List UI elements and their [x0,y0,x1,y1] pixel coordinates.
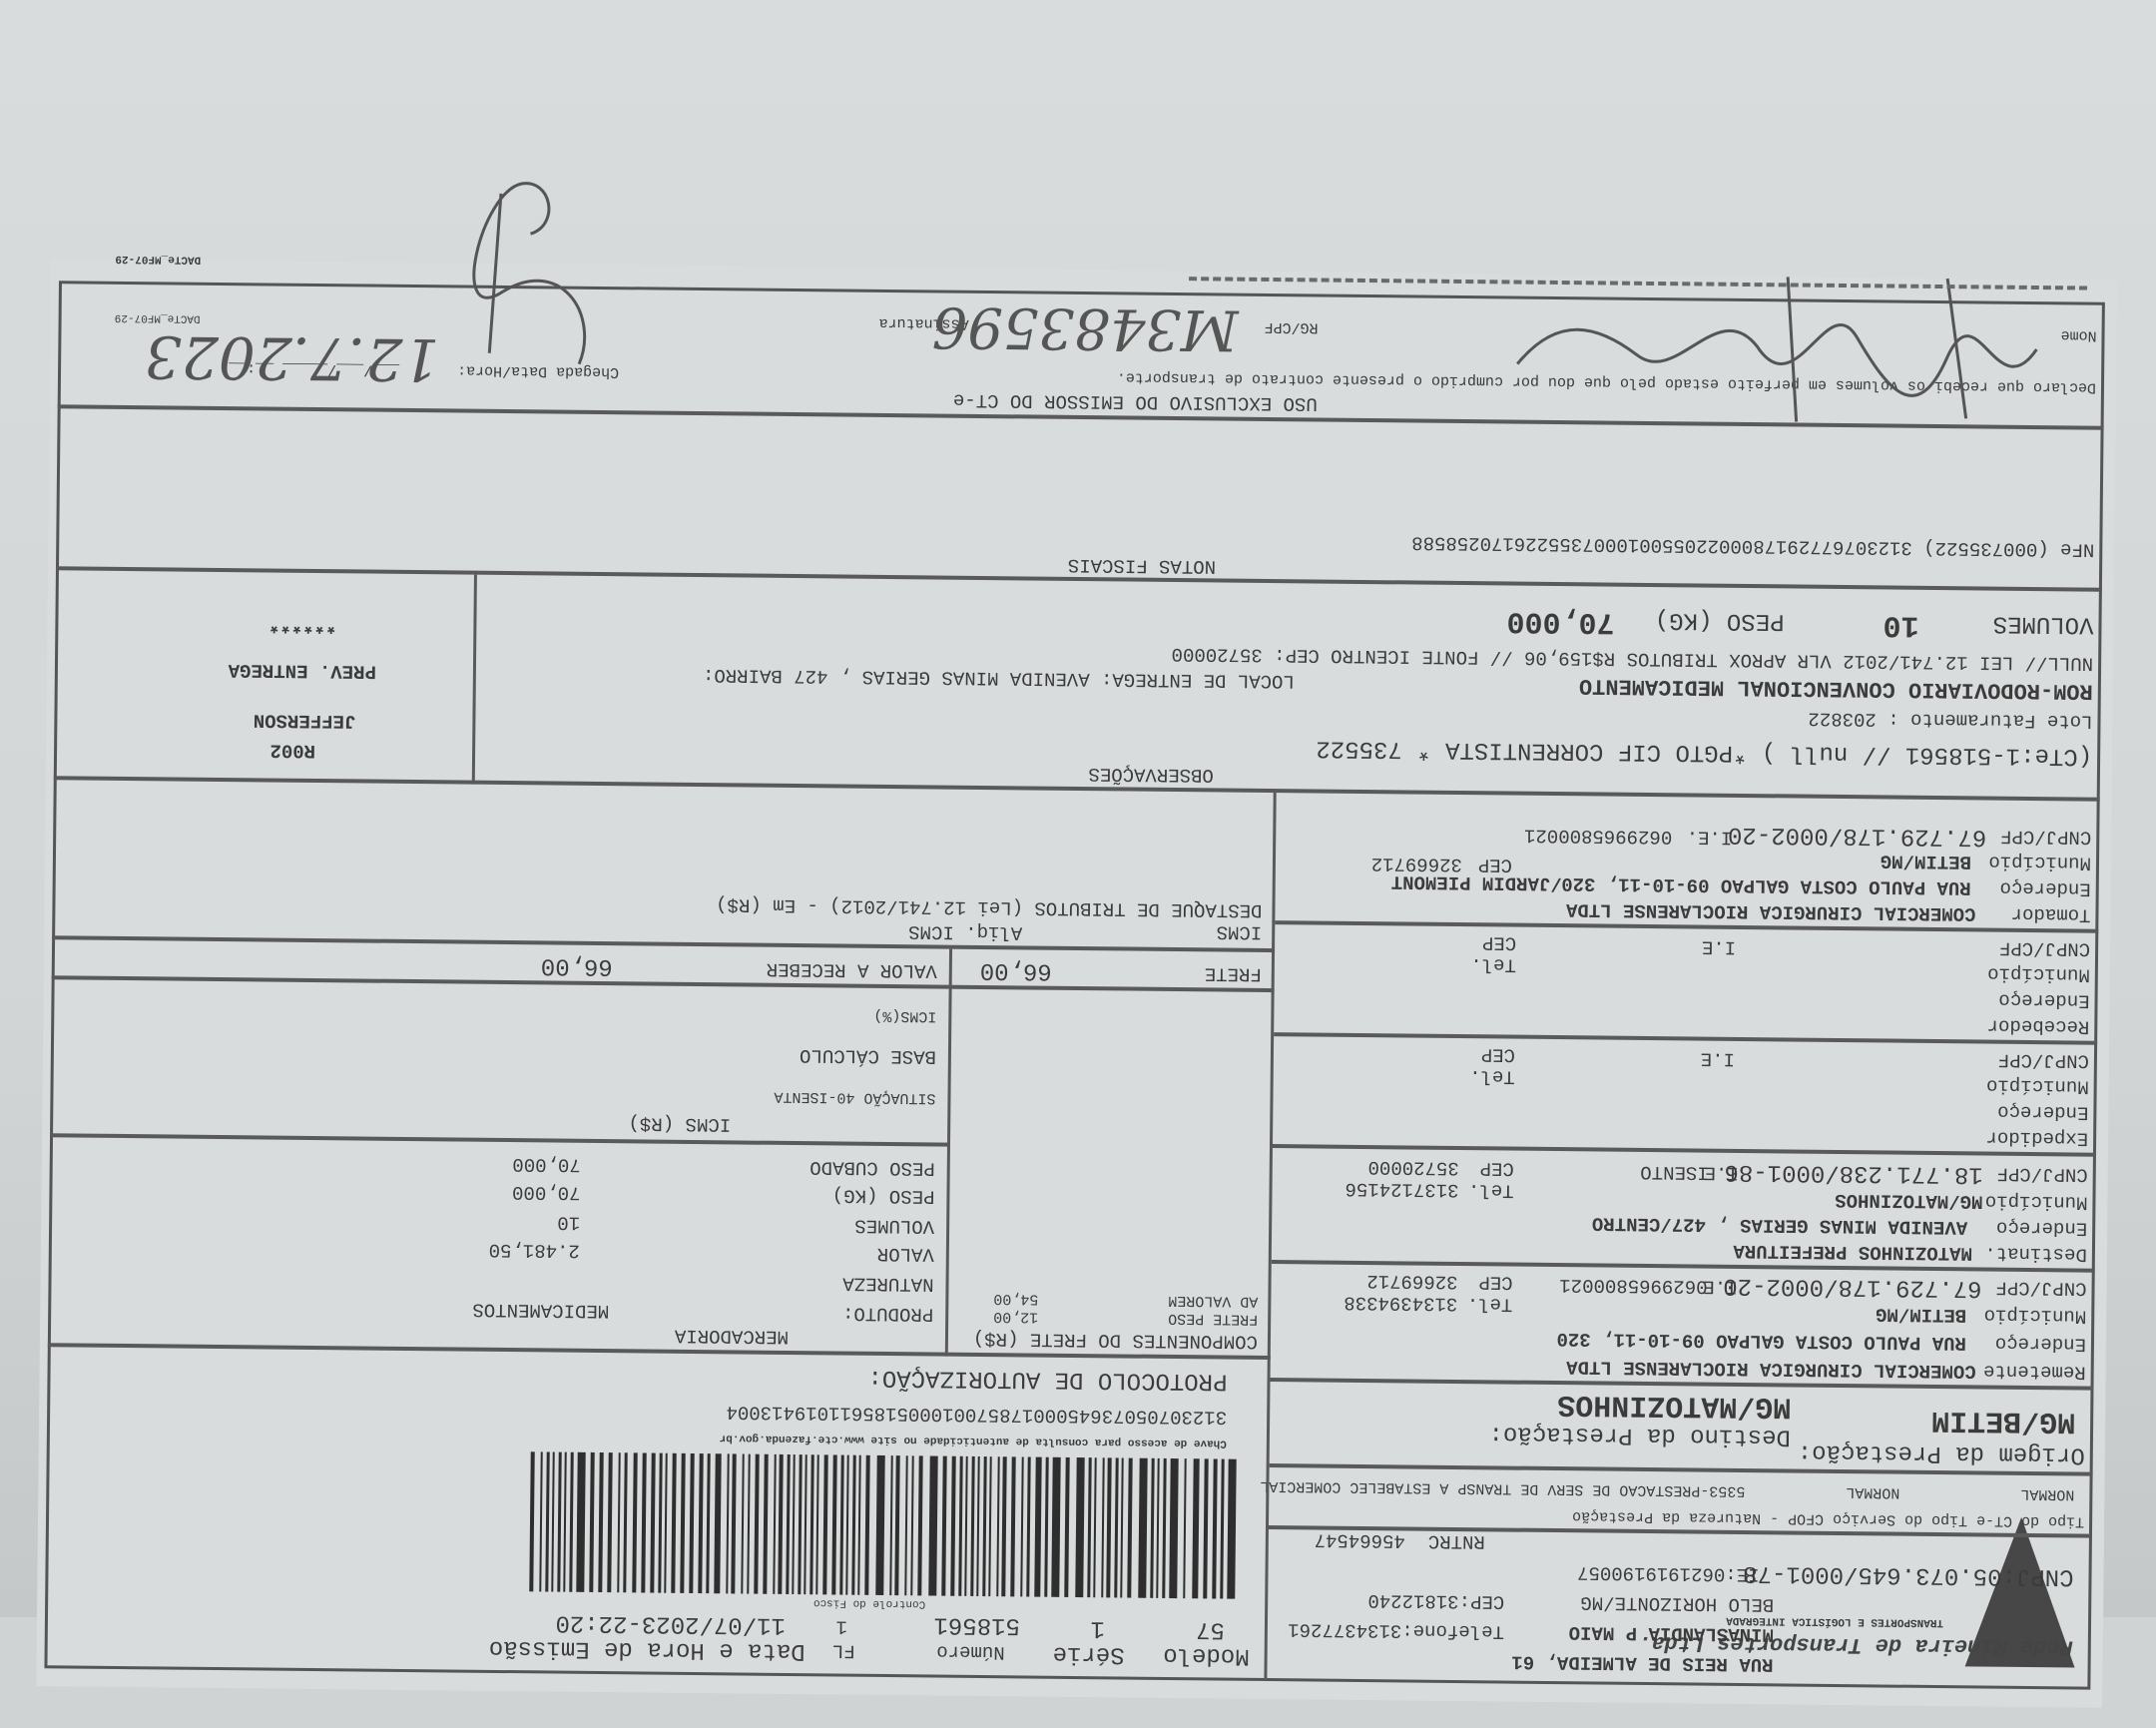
destinatario-cnpj-label: CNPJ/CPF [1996,1162,2087,1185]
tomador-ie-label: I.E. [1687,826,1733,848]
expedidor-endereco-label: Endereço [1997,1100,2088,1123]
numero: 518561 [933,1610,1020,1617]
destino-value: MG/MATOZINHOS [1557,1387,1791,1424]
emitter-rntrc: 45664547 [1315,1528,1405,1551]
valor-label: VALOR [877,1242,934,1264]
destinatario-tel-label: Tel. [1468,1178,1514,1200]
tomador-label: Tomador [2011,902,2091,925]
peso-label: PESO (KG) [832,1184,935,1207]
origem-label: Origem da Prestação: [1798,1438,2085,1468]
recibo-title: USO EXCLUSIVO DO EMISSOR DO CT-e [953,388,1318,414]
protocolo-label: PROTOCOLO DE AUTORIZAÇÃO: [867,1363,1227,1394]
volumes-label: VOLUMES [854,1214,934,1237]
icms-base-label: BASE CÁLCULO [800,1043,936,1066]
remetente-endereco-label: Endereço [1995,1332,2086,1355]
produto-label: PRODUTO: [842,1302,933,1325]
expedidor-ie-label: I.E [1701,1047,1735,1069]
tomador-cep-label: CEP [1478,853,1512,874]
expedidor-label: Expedidor [1985,1126,2088,1149]
recebedor-label: Recebedor [1987,1014,2090,1037]
icms-box-title: ICMS (R$) [628,1111,731,1134]
form-code: DACTe_MF07-29 [115,252,201,266]
chave-acesso: 3123070507364500017857001000518561101941… [726,1400,1227,1427]
serie: 1 [1090,1614,1105,1617]
remetente-cep-label: CEP [1478,1270,1512,1292]
document-page: Rede Mineira de Transportes Ltda. TRANSP… [36,259,2117,1617]
remetente-cnpj-label: CNPJ/CPF [1995,1276,2086,1299]
remetente-endereco: RUA PAULO COSTA GALPAO 09-10-11, 320 [1556,1327,1966,1353]
destinatario-tel: 3137124156 [1345,1177,1458,1200]
natureza-label: NATUREZA [842,1272,933,1295]
destinatario-endereco-label: Endereço [1996,1216,2087,1239]
divider [949,949,952,989]
tomador-cep: 32669712 [1371,852,1462,874]
volumes: 10 [557,1211,580,1233]
tomador-name: COMERCIAL CIRURGICA RIOCLARENSE LTDA [1566,897,1976,923]
remetente-name: COMERCIAL CIRURGICA RIOCLARENSE LTDA [1566,1355,1976,1381]
tomador-municipio-label: Município [1988,851,2091,873]
destinatario-ie: ISENTO [1640,1160,1709,1183]
recebedor-endereco-label: Endereço [1998,988,2089,1011]
frete-label: FRETE [1205,961,1262,983]
destinatario-cnpj: 18.771.238/0001-86 [1724,1157,1983,1187]
tributos-icms-label: ICMS [1217,920,1263,942]
icms-situacao: SITUAÇÃO 40-ISENTA [774,1088,935,1107]
expedidor-cep-label: CEP [1481,1042,1515,1064]
controle-fisco-label: Controle do Fisco [813,1596,925,1610]
peso: 70,000 [512,1180,581,1203]
valor: 2.481,50 [489,1238,580,1261]
icms-pct-label: ICMS(%) [873,1007,936,1025]
componentes-title: COMPONENTES DO FRETE (R$) [973,1327,1258,1352]
destinatario-ie-label: I.E [1704,1161,1738,1183]
expedidor-tel-label: Tel. [1469,1064,1515,1086]
componente-value: 54,00 [993,1290,1038,1308]
destinatario-endereco: AVENIDA MINAS GERIAS , 427/CENTRO [1592,1212,1967,1238]
remetente-tel: 3134394338 [1344,1291,1457,1314]
recebedor-ie-label: I.E [1702,935,1736,957]
side-prev-value: ****** [269,613,337,636]
recebedor-tel-label: Tel. [1470,952,1516,974]
observacoes-title: OBSERVAÇÕES [1088,762,1214,785]
tributos-aliq-label: Aliq. ICMS [908,919,1022,942]
expedidor-cnpj-label: CNPJ/CPF [1998,1048,2089,1071]
remetente-label: Remetente [1983,1360,2086,1383]
tomador-ie: 0629965800021 [1524,824,1672,847]
remetente-municipio-label: Município [1984,1304,2087,1327]
emitter-cep: CEP:31812240 [1367,1588,1504,1611]
rg-handwritten: M3483596 [931,293,1238,361]
destinatario-cep-label: CEP [1479,1156,1513,1178]
destinatario-municipio-label: Município [1985,1190,2088,1213]
rg-label: RG/CPF [1264,318,1318,336]
tipo-cte: NORMAL [2020,1485,2074,1503]
tomador-endereco: RUA PAULO COSTA GALPAO 09-10-11, 320 [1561,871,1971,897]
obs-peso-label: PESO (KG) [1655,605,1785,634]
expedidor-municipio-label: Município [1986,1074,2089,1097]
tipo-servico: NORMAL [1846,1483,1899,1501]
tomador-municipio: BETIM/MG [1881,850,1971,872]
dacte-sheet: Rede Mineira de Transportes Ltda. TRANSP… [0,89,2156,1617]
tomador-cnpj: 67.729.178/0002-20 [1728,820,1987,850]
notas-fiscais-title: NOTAS FISCAIS [1068,553,1216,576]
destinatario-label: Destinat. [1984,1242,2087,1265]
remetente-tel-label: Tel. [1467,1292,1513,1314]
side-name: JEFFERSON [254,708,356,731]
remetente-cnpj: 67.729.178/0002-20 [1723,1271,1982,1301]
produto: MEDICAMENTOS [472,1298,609,1321]
valor-receber-label: VALOR A RECEBER [767,957,937,981]
peso-cubado: 70,000 [512,1152,581,1175]
emitter-ie: IE:0621919190057 [1577,1560,1760,1584]
signature-icon [359,172,621,374]
emitter-city: BELO HORIZONTE/MG [1580,1590,1774,1614]
origem-value: MG/BETIM [1931,1402,2075,1438]
tomador-cnpj-label: CNPJ/CPF [2000,825,2091,848]
componente-label: FRETE PESO [1168,1310,1258,1328]
obs-volumes: 10 [1883,607,1918,642]
tomador-endereco-label: Endereço [1999,876,2090,899]
obs-volumes-label: VOLUMES [1993,609,2094,638]
recebedor-cnpj-label: CNPJ/CPF [1999,936,2090,959]
remetente-municipio: BETIM/MG [1876,1303,1966,1326]
destino-label: Destino da Prestação: [1488,1420,1791,1450]
recebedor-municipio-label: Município [1987,962,2090,985]
side-prev-label: PREV. ENTREGA [229,658,376,681]
remetente-ie: 0629965800021 [1559,1273,1707,1296]
destinatario-municipio: MG/MATOZINHOS [1835,1188,1982,1211]
destinatario-cep: 35720000 [1367,1155,1458,1178]
tributos-destaque: DESTAQUE DE TRIBUTOS (Lei 12.741/2012) -… [716,892,1262,920]
destinatario-name: MATOZINHOS PREFEITURA [1733,1239,1972,1263]
observacoes-line: Lote Faturamento : 203822 [1808,707,2092,732]
remetente-cep: 32669712 [1366,1269,1457,1292]
observacoes-line: ROM-RODOVIARIO CONVENCIONAL MEDICAMENTO [1579,673,2093,704]
emitter-rntrc-label: RNTRC [1428,1529,1485,1551]
remetente-ie-label: I.E [1703,1275,1737,1297]
barcode-icon [524,1451,1236,1598]
emissao: 11/07/2023-22:20 [555,1608,786,1617]
mercadoria-label: MERCADORIA [675,1324,789,1347]
frete-value: 66,00 [980,955,1052,983]
obs-peso: 70,000 [1506,603,1614,639]
side-route: R002 [269,739,315,761]
recebedor-cep-label: CEP [1482,930,1516,952]
componente-value: 12,00 [993,1308,1038,1326]
emitter-cnpj: CNPJ:05.073.645/0001-78 [1743,1558,2074,1589]
componente-label: AD VALOREM [1168,1292,1258,1310]
valor-receber: 66,00 [541,951,613,979]
peso-cubado-label: PESO CUBADO [809,1155,935,1178]
nome-label: Nome [2060,326,2096,344]
